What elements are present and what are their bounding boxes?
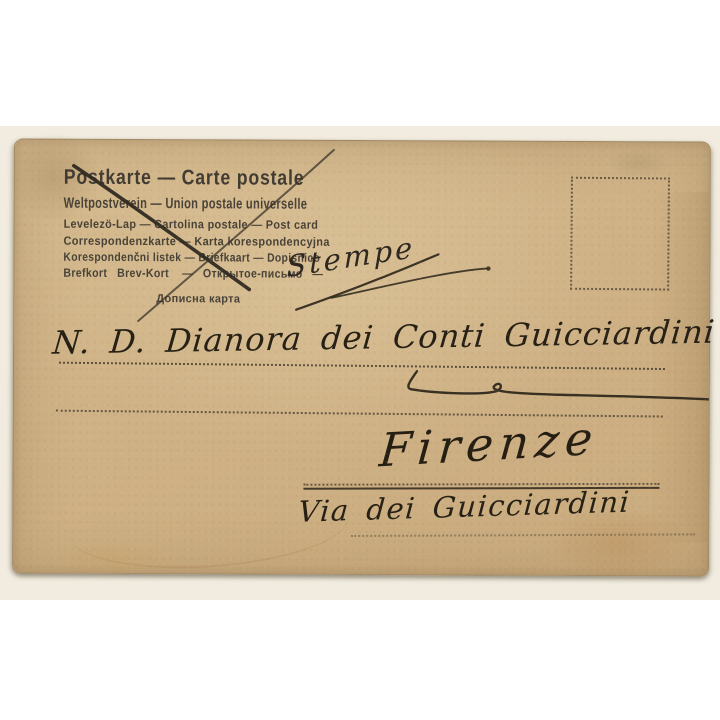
printed-language-line-2: Correspondenzkarte — Karta korespondency…	[63, 235, 329, 248]
printed-language-line-3: Korespondenčni listek — Briefkaart — Dop…	[63, 251, 320, 264]
printed-language-line-4: Brefkort Brev-Kort — Открытое-письмо —	[63, 267, 323, 280]
annotation-tail-dot-icon	[486, 266, 490, 270]
handwritten-addressee: N. D. Dianora dei Conti Guicciardini	[51, 316, 716, 359]
paper-smudge-above-stamp	[607, 148, 671, 178]
paper-stain-bottom-left	[51, 540, 171, 577]
street-dotted-line	[351, 533, 695, 537]
postcard: Postkarte — Carte postale Weltpostverein…	[12, 138, 711, 576]
printed-cyrillic-caption: Дописна карта	[156, 294, 240, 306]
address-dotted-line-1	[59, 362, 665, 370]
handwritten-city: Firenze	[378, 415, 600, 474]
printed-language-line-1: Levelezö-Lap — Cartolina postale — Post …	[64, 218, 319, 231]
printed-subtitle: Weltpostverein — Union postale universel…	[64, 196, 308, 212]
stamp-box	[570, 177, 670, 291]
printed-title: Postkarte — Carte postale	[64, 167, 305, 189]
signature-flourish-icon	[408, 371, 710, 399]
handwritten-street: Via dei Guicciardini	[297, 488, 631, 527]
